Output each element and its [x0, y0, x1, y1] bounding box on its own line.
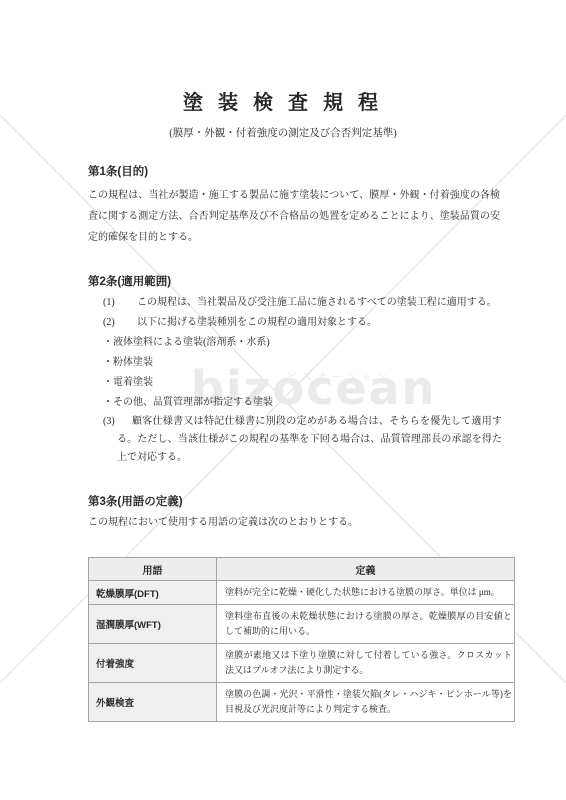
term-cell: 乾燥膜厚(DFT) — [89, 581, 217, 605]
item-marker: (1) — [103, 293, 137, 313]
table-row: 湿潤膜厚(WFT) 塗料塗布直後の未乾燥状態における塗膜の厚さ。乾燥膜厚の目安値… — [89, 605, 515, 644]
page-subtitle: (膜厚・外観・付着強度の測定及び合否判定基準) — [0, 126, 566, 142]
item-text: 顧客仕様書又は特記仕様書に別段の定めがある場合は、そちらを優先して適用する。ただ… — [117, 416, 502, 463]
term-cell: 外観検査 — [89, 683, 217, 722]
definition-cell: 塗膜の色調・光沢・平滑性・塗装欠陥(タレ・ハジキ・ピンホール等)を目視及び光沢度… — [217, 683, 515, 722]
table-header-term: 用語 — [89, 558, 217, 581]
item-text: この規程は、当社製品及び受注施工品に施されるすべての塗装工程に適用する。 — [137, 297, 497, 308]
document-page: ビズオーシャン bizocean 塗 装 検 査 規 程 (膜厚・外観・付着強度… — [0, 0, 566, 800]
table-row: 外観検査 塗膜の色調・光沢・平滑性・塗装欠陥(タレ・ハジキ・ピンホール等)を目視… — [89, 683, 515, 722]
list-item: (1)この規程は、当社製品及び受注施工品に施されるすべての塗装工程に適用する。 — [88, 293, 502, 313]
article3-heading: 第3条(用語の定義) — [88, 494, 183, 510]
list-item: ・その他、品質管理部が指定する塗装 — [88, 393, 502, 413]
list-item: (2)以下に掲げる塗装種別をこの規程の適用対象とする。 — [88, 313, 502, 333]
definition-cell: 塗膜が素地又は下塗り塗膜に対して付着している強さ。クロスカット法又はプルオフ法に… — [217, 644, 515, 683]
item-text: 液体塗料による塗装(溶剤系・水系) — [113, 337, 270, 348]
bullet-marker: ・ — [103, 357, 113, 368]
list-item: ・電着塗装 — [88, 373, 502, 393]
article1-body: この規程は、当社が製造・施工する製品に施す塗装について、膜厚・外観・付着強度の各… — [88, 185, 500, 248]
list-item: ・粉体塗装 — [88, 353, 502, 373]
item-text: その他、品質管理部が指定する塗装 — [113, 397, 273, 408]
table-header-definition: 定義 — [217, 558, 515, 581]
document-content: 塗 装 検 査 規 程 (膜厚・外観・付着強度の測定及び合否判定基準) 第1条(… — [0, 0, 566, 800]
terms-definition-table: 用語 定義 乾燥膜厚(DFT) 塗料が完全に乾燥・硬化した状態における塗膜の厚さ… — [88, 557, 515, 722]
bullet-marker: ・ — [103, 377, 113, 388]
bullet-marker: ・ — [103, 397, 113, 408]
item-text: 以下に掲げる塗装種別をこの規程の適用対象とする。 — [137, 317, 377, 328]
article2-item-list: (1)この規程は、当社製品及び受注施工品に施されるすべての塗装工程に適用する。 … — [88, 293, 502, 467]
list-item: ・液体塗料による塗装(溶剤系・水系) — [88, 333, 502, 353]
definition-cell: 塗料が完全に乾燥・硬化した状態における塗膜の厚さ。単位は μm。 — [217, 581, 515, 605]
item-marker: (3) — [103, 416, 115, 427]
definition-cell: 塗料塗布直後の未乾燥状態における塗膜の厚さ。乾燥膜厚の目安値として補助的に用いる… — [217, 605, 515, 644]
term-cell: 付着強度 — [89, 644, 217, 683]
item-marker: (2) — [103, 313, 137, 333]
article2-heading: 第2条(適用範囲) — [88, 274, 171, 290]
table-row: 乾燥膜厚(DFT) 塗料が完全に乾燥・硬化した状態における塗膜の厚さ。単位は μ… — [89, 581, 515, 605]
page-title: 塗 装 検 査 規 程 — [0, 88, 566, 118]
article3-body: この規程において使用する用語の定義は次のとおりとする。 — [88, 515, 500, 531]
bullet-marker: ・ — [103, 337, 113, 348]
item-text: 粉体塗装 — [113, 357, 153, 368]
term-cell: 湿潤膜厚(WFT) — [89, 605, 217, 644]
table-row: 付着強度 塗膜が素地又は下塗り塗膜に対して付着している強さ。クロスカット法又はプ… — [89, 644, 515, 683]
article1-heading: 第1条(目的) — [88, 164, 148, 180]
list-item: (3)顧客仕様書又は特記仕様書に別段の定めがある場合は、そちらを優先して適用する… — [88, 413, 502, 467]
item-text: 電着塗装 — [113, 377, 153, 388]
table-header-row: 用語 定義 — [89, 558, 515, 581]
